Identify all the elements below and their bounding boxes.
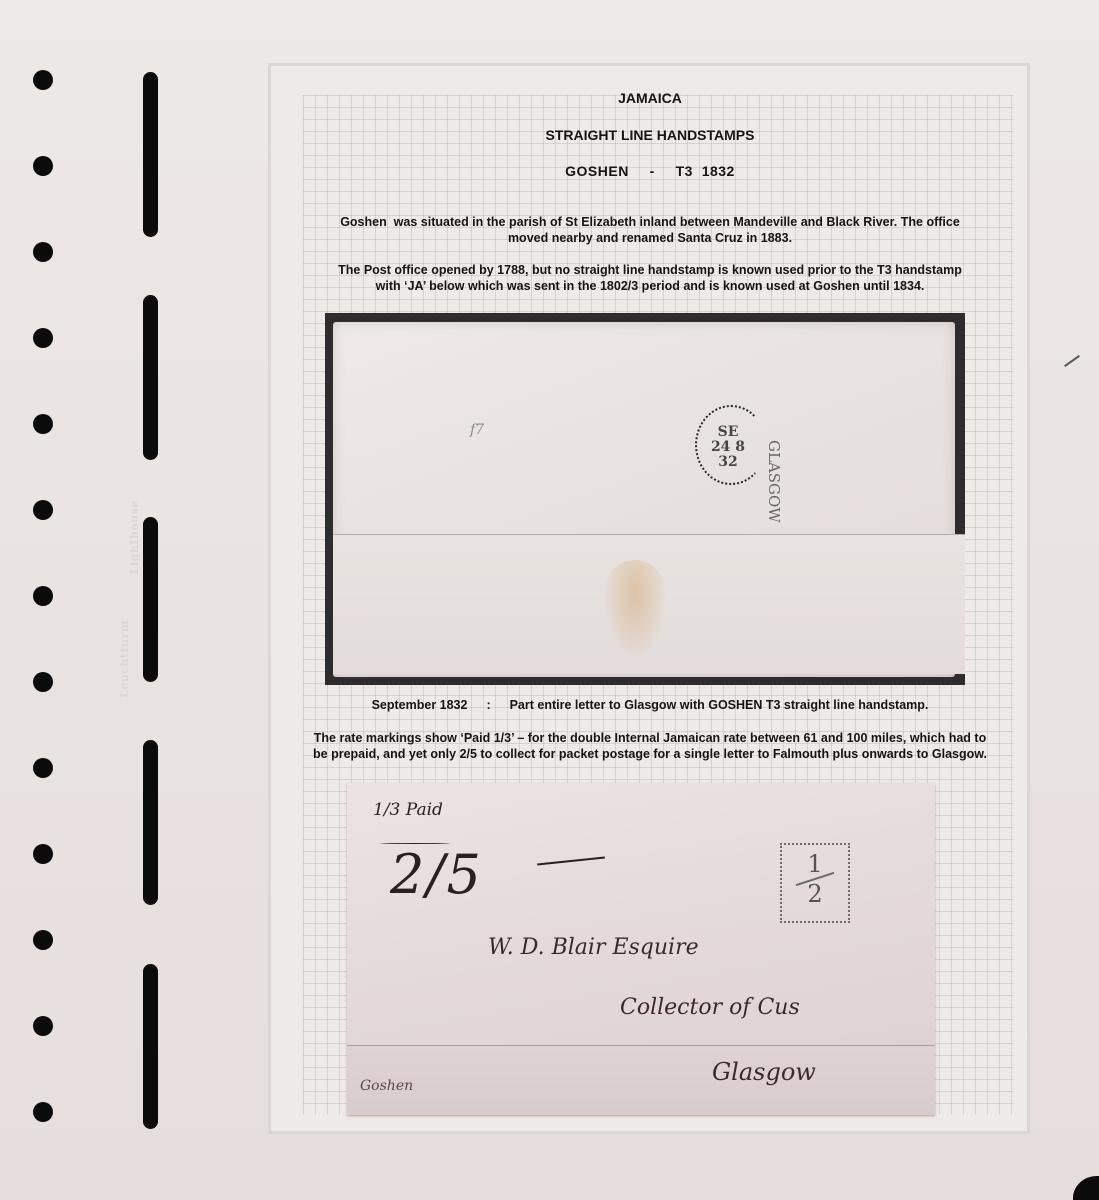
binder-hole: [33, 70, 53, 90]
page-corner-shadow: [1073, 1176, 1099, 1200]
binder-hole: [33, 1102, 53, 1122]
sender-note: Goshen: [360, 1078, 413, 1094]
binder-slot: [143, 740, 158, 905]
binder-slot: [143, 295, 158, 460]
caption-date: September 1832: [372, 698, 468, 712]
album-watermark: Lighthouse: [128, 500, 141, 574]
intro-paragraph-2: The Post office opened by 1788, but no s…: [280, 262, 1020, 294]
binder-hole: [33, 242, 53, 262]
due-marking: 2/5: [390, 845, 483, 905]
rate-note: The rate markings show ‘Paid 1/3’ – for …: [280, 730, 1020, 762]
binder-hole: [33, 156, 53, 176]
binder-hole: [33, 328, 53, 348]
rate-box-numerator: 1: [807, 850, 822, 878]
binder-hole: [33, 844, 53, 864]
binder-slot: [143, 72, 158, 237]
binder-hole: [33, 500, 53, 520]
page-subtitle: STRAIGHT LINE HANDSTAMPS: [280, 127, 1020, 143]
intro-paragraph-1: Goshen was situated in the parish of St …: [280, 214, 1020, 246]
paid-marking: 1/3 Paid: [373, 800, 443, 820]
intro-line: with ‘JA’ below which was sent in the 18…: [280, 278, 1020, 294]
binder-hole: [33, 1016, 53, 1036]
binder-hole: [33, 414, 53, 434]
binder-hole: [33, 758, 53, 778]
album-watermark: Leuchtturm: [118, 620, 131, 698]
letter-fold: [347, 1045, 935, 1115]
postmark-arc-text: GLASGOW: [765, 440, 783, 523]
binder-slot: [143, 964, 158, 1129]
address-line-2: Collector of Cus: [620, 995, 800, 1020]
section-name: GOSHEN: [565, 163, 629, 179]
caption-separator: :: [486, 698, 490, 712]
address-line-1: W. D. Blair Esquire: [488, 935, 699, 960]
address-line-3: Glasgow: [712, 1058, 816, 1086]
album-page: Leuchtturm Lighthouse JAMAICA STRAIGHT L…: [0, 0, 1099, 1200]
boxed-rate-handstamp: 1 2: [780, 843, 850, 923]
section-dash: -: [650, 163, 655, 179]
intro-line: moved nearby and renamed Santa Cruz in 1…: [280, 230, 1020, 246]
binder-slot: [143, 517, 158, 682]
margin-pencil-mark: [1064, 355, 1080, 367]
section-type: T3 1832: [676, 163, 735, 179]
binder-hole: [33, 672, 53, 692]
section-heading: GOSHEN - T3 1832: [280, 163, 1020, 179]
binder-hole: [33, 930, 53, 950]
cover-caption: September 1832 : Part entire letter to G…: [280, 697, 1020, 713]
rate-box-denominator: 2: [807, 880, 822, 908]
binder-hole: [33, 586, 53, 606]
pencil-note: f7: [470, 422, 484, 438]
rate-note-line: The rate markings show ‘Paid 1/3’ – for …: [280, 730, 1020, 746]
postmark-date: SE 24 8 32: [708, 425, 748, 470]
page-title: JAMAICA: [280, 90, 1020, 106]
intro-line: The Post office opened by 1788, but no s…: [280, 262, 1020, 278]
rate-note-line: be prepaid, and yet only 2/5 to collect …: [280, 746, 1020, 762]
caption-description: Part entire letter to Glasgow with GOSHE…: [510, 698, 929, 712]
intro-line: Goshen was situated in the parish of St …: [280, 214, 1020, 230]
wax-seal-stain: [605, 560, 665, 655]
